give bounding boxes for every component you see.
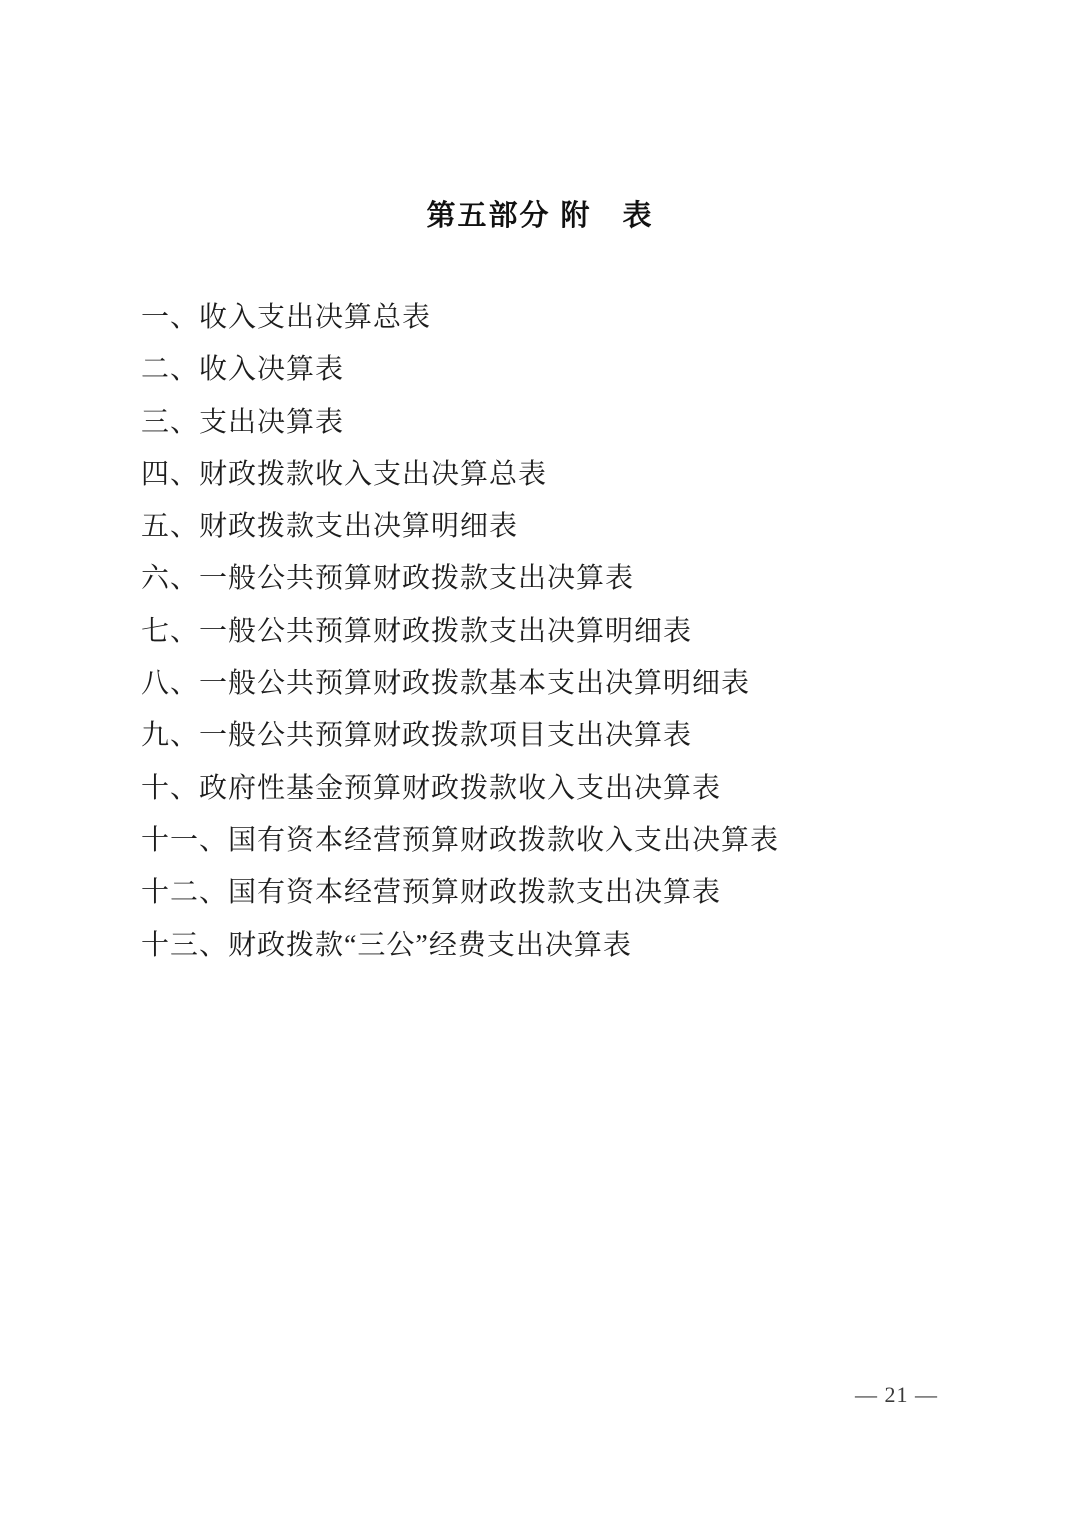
toc-item-12: 十二、国有资本经营预算财政拨款支出决算表 [141, 867, 980, 919]
toc-item-10: 十、政府性基金预算财政拨款收入支出决算表 [141, 763, 980, 815]
toc-item-3: 三、支出决算表 [141, 397, 980, 449]
document-page: 第五部分 附 表 一、收入支出决算总表 二、收入决算表 三、支出决算表 四、财政… [0, 0, 1080, 1527]
toc-item-1: 一、收入支出决算总表 [141, 292, 980, 344]
page-number: — 21 — [855, 1379, 938, 1411]
toc-item-5: 五、财政拨款支出决算明细表 [141, 501, 980, 553]
attachment-table-list: 一、收入支出决算总表 二、收入决算表 三、支出决算表 四、财政拨款收入支出决算总… [0, 292, 1080, 972]
toc-item-8: 八、一般公共预算财政拨款基本支出决算明细表 [141, 658, 980, 710]
toc-item-11: 十一、国有资本经营预算财政拨款收入支出决算表 [141, 815, 980, 867]
toc-item-2: 二、收入决算表 [141, 344, 980, 396]
toc-item-9: 九、一般公共预算财政拨款项目支出决算表 [141, 710, 980, 762]
toc-item-7: 七、一般公共预算财政拨款支出决算明细表 [141, 606, 980, 658]
page-title: 第五部分 附 表 [0, 200, 1080, 232]
toc-item-6: 六、一般公共预算财政拨款支出决算表 [141, 553, 980, 605]
toc-item-13: 十三、财政拨款“三公”经费支出决算表 [141, 920, 980, 972]
toc-item-4: 四、财政拨款收入支出决算总表 [141, 449, 980, 501]
